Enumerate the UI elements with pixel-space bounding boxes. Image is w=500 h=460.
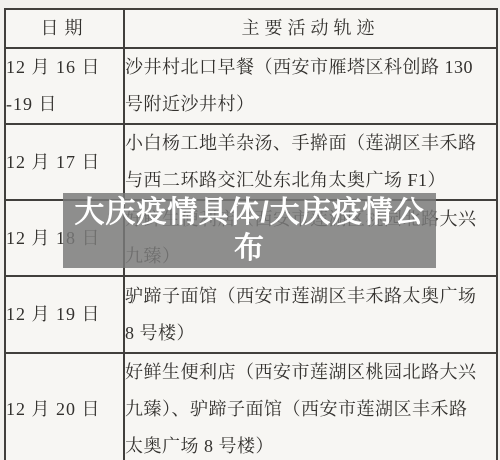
watermark-text: 大庆疫情具体/大庆疫情公 布	[74, 195, 424, 267]
header-date: 日期	[5, 9, 124, 48]
table-header-row: 日期 主要活动轨迹	[5, 9, 497, 48]
watermark-banner: 大庆疫情具体/大庆疫情公 布	[63, 193, 436, 268]
track-cell: 小白杨工地羊杂汤、手擀面（莲湖区丰禾路 与西二环路交汇处东北角太奥广场 F1）	[124, 124, 497, 200]
date-cell: 12 月 16 日 -19 日	[5, 48, 124, 124]
table-row: 12 月 17 日 小白杨工地羊杂汤、手擀面（莲湖区丰禾路 与西二环路交汇处东北…	[5, 124, 497, 200]
table-row: 12 月 19 日 驴蹄子面馆（西安市莲湖区丰禾路太奥广场 8 号楼）	[5, 276, 497, 353]
date-cell: 12 月 20 日	[5, 353, 124, 460]
track-cell: 沙井村北口早餐（西安市雁塔区科创路 130 号附近沙井村）	[124, 48, 497, 124]
table-row: 12 月 16 日 -19 日 沙井村北口早餐（西安市雁塔区科创路 130 号附…	[5, 48, 497, 124]
date-cell: 12 月 17 日	[5, 124, 124, 200]
track-cell: 好鲜生便利店（西安市莲湖区桃园北路大兴 九臻）、驴蹄子面馆（西安市莲湖区丰禾路 …	[124, 353, 497, 460]
screenshot-stage: 日期 主要活动轨迹 12 月 16 日 -19 日 沙井村北口早餐（西安市雁塔区…	[0, 0, 500, 460]
track-cell: 驴蹄子面馆（西安市莲湖区丰禾路太奥广场 8 号楼）	[124, 276, 497, 353]
table-row: 12 月 20 日 好鲜生便利店（西安市莲湖区桃园北路大兴 九臻）、驴蹄子面馆（…	[5, 353, 497, 460]
date-cell: 12 月 19 日	[5, 276, 124, 353]
header-track: 主要活动轨迹	[124, 9, 497, 48]
